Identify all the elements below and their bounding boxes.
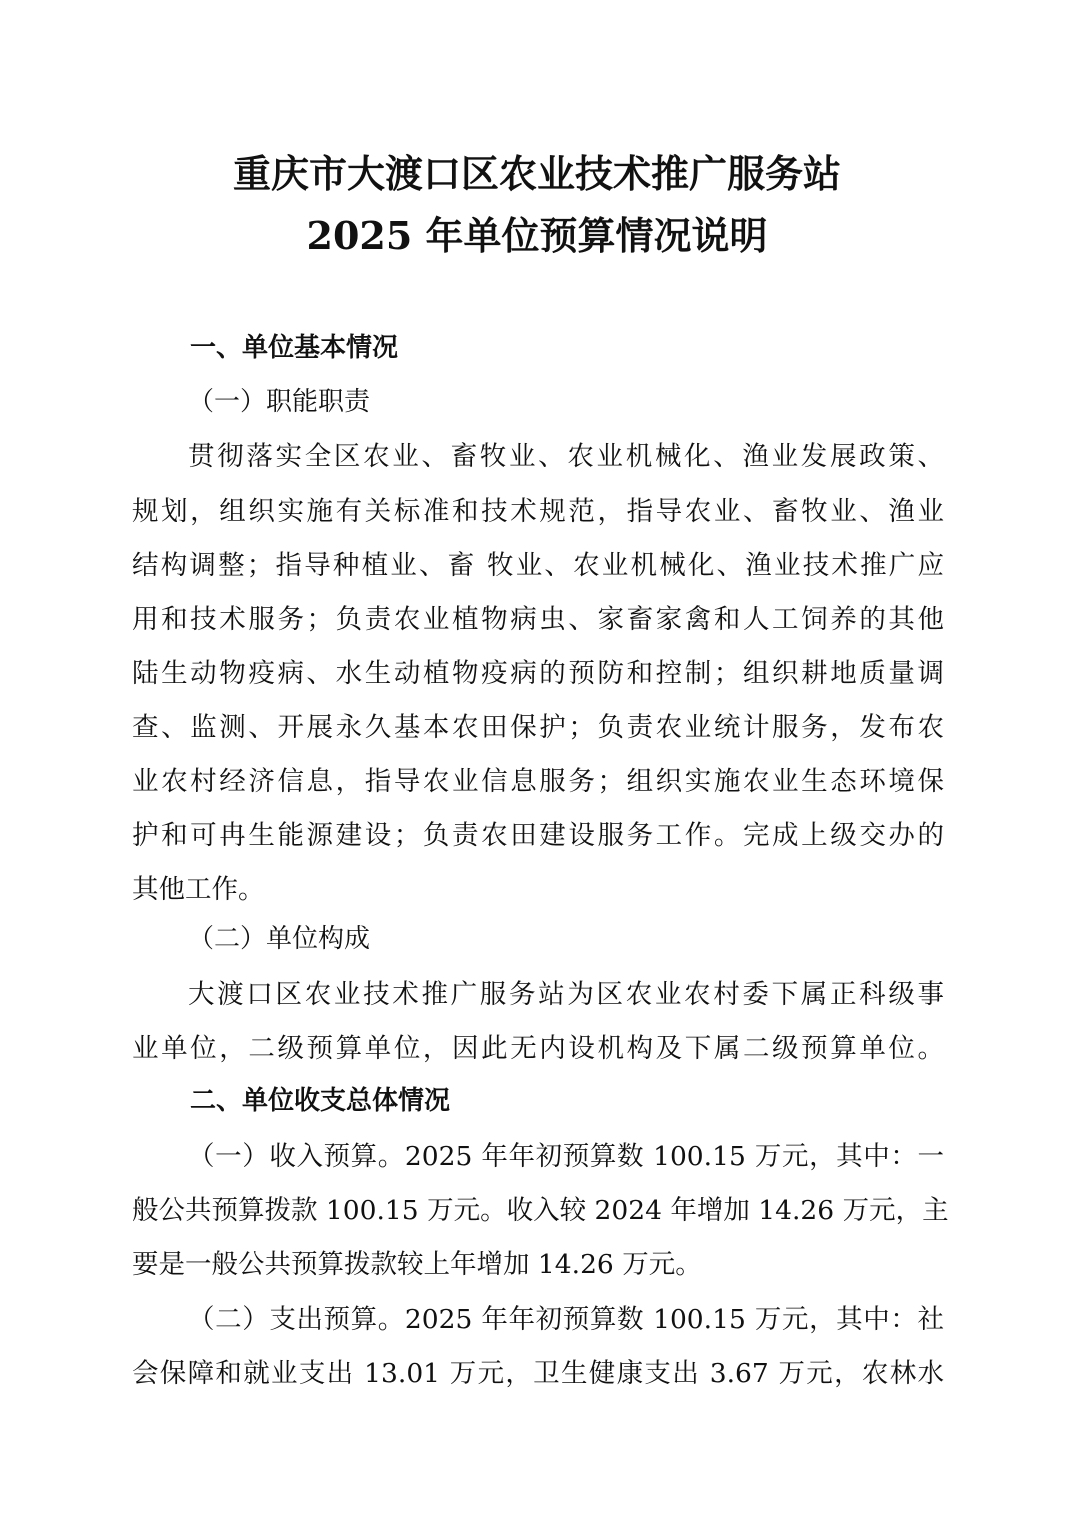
paragraph-line: 规划，组织实施有关标准和技术规范，指导农业、畜牧业、渔业	[132, 489, 944, 528]
paragraph-line: 业农村经济信息，指导农业信息服务；组织实施农业生态环境保	[132, 759, 944, 798]
section-heading-basic-info: 一、单位基本情况	[190, 327, 398, 364]
paragraph-line-expense: （二）支出预算。2025 年年初预算数 100.15 万元，其中：社	[188, 1297, 944, 1336]
paragraph-line: 般公共预算拨款 100.15 万元。收入较 2024 年增加 14.26 万元，…	[132, 1188, 944, 1227]
paragraph-line: 护和可冉生能源建设；负责农田建设服务工作。完成上级交办的	[132, 813, 944, 852]
paragraph-line: 业单位，二级预算单位，因此无内设机构及下属二级预算单位。	[132, 1026, 944, 1065]
paragraph-line: 结构调整；指导种植业、畜 牧业、农业机械化、渔业技术推广应	[132, 543, 944, 582]
paragraph-line: 查、监测、开展永久基本农田保护；负责农业统计服务，发布农	[132, 705, 944, 744]
subsection-heading-functions: （一）职能职责	[188, 381, 370, 418]
paragraph-line: 陆生动物疫病、水生动植物疫病的预防和控制；组织耕地质量调	[132, 651, 944, 690]
paragraph-line-income: （一）收入预算。2025 年年初预算数 100.15 万元，其中：一	[188, 1134, 944, 1173]
paragraph-line: 要是一般公共预算拨款较上年增加 14.26 万元。	[132, 1242, 944, 1281]
document-page: 重庆市大渡口区农业技术推广服务站 2025 年单位预算情况说明 一、单位基本情况…	[0, 0, 1074, 1520]
expense-budget-text: 2025 年年初预算数 100.15 万元，其中：社	[405, 1304, 944, 1335]
income-budget-lead: （一）收入预算。	[188, 1141, 405, 1172]
paragraph-line: 用和技术服务；负责农业植物病虫、家畜家禽和人工饲养的其他	[132, 597, 944, 636]
subsection-heading-composition: （二）单位构成	[188, 918, 370, 955]
paragraph-line: 会保障和就业支出 13.01 万元，卫生健康支出 3.67 万元，农林水	[132, 1351, 944, 1390]
expense-budget-lead: （二）支出预算。	[188, 1304, 405, 1335]
income-budget-text: 2025 年年初预算数 100.15 万元，其中：一	[405, 1141, 944, 1172]
document-title-line1: 重庆市大渡口区农业技术推广服务站	[0, 143, 1074, 198]
paragraph-line: 其他工作。	[132, 867, 944, 906]
document-title-line2: 2025 年单位预算情况说明	[0, 205, 1074, 260]
paragraph-line: 大渡口区农业技术推广服务站为区农业农村委下属正科级事	[188, 972, 944, 1011]
section-heading-income-expense: 二、单位收支总体情况	[190, 1080, 450, 1117]
paragraph-line: 贯彻落实全区农业、畜牧业、农业机械化、渔业发展政策、	[188, 434, 944, 473]
